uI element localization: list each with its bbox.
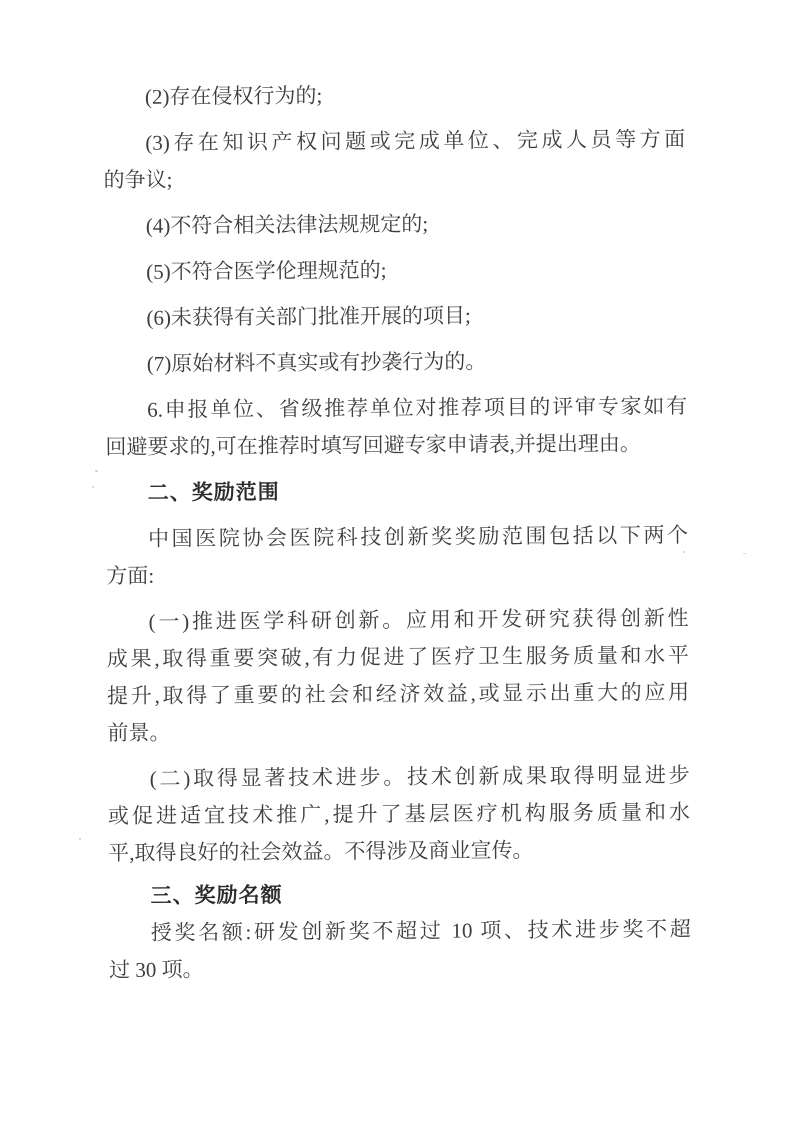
text-line: (3)存在知识产权问题或完成单位、完成人员等方面 <box>103 121 685 162</box>
text-line: (5)不符合医学伦理规范的; <box>104 250 686 291</box>
paragraph-clause-6: 6.申报单位、省级推荐单位对推荐项目的评审专家如有 回避要求的,可在推荐时填写回… <box>105 388 688 466</box>
text-line: 中国医院协会医院科技创新奖奖励范围包括以下两个 <box>106 517 688 558</box>
text-line: 前景。 <box>107 711 689 752</box>
paragraph-scope-1: (一)推进医学科研创新。应用和开发研究获得创新性 成果,取得重要突破,有力促进了… <box>106 600 689 752</box>
text-line: (7)原始材料不真实或有抄袭行为的。 <box>105 342 687 383</box>
text-line: 的争议; <box>103 158 685 199</box>
text-line: (6)未获得有关部门批准开展的项目; <box>104 296 686 337</box>
paragraph-item-2: (2)存在侵权行为的; <box>103 75 685 116</box>
scan-speck <box>743 553 746 554</box>
paragraph-scope-2: (二)取得显著技术进步。技术创新成果取得明显进步 或促进适宜技术推广,提升了基层… <box>108 757 691 872</box>
document-page: (2)存在侵权行为的; (3)存在知识产权问题或完成单位、完成人员等方面 的争议… <box>0 0 794 1123</box>
text-line: 授奖名额:研发创新奖不超过 10 项、技术进步奖不超 <box>109 911 691 952</box>
text-line: 过 30 项。 <box>109 948 691 989</box>
document-body: (2)存在侵权行为的; (3)存在知识产权问题或完成单位、完成人员等方面 的争议… <box>103 75 691 989</box>
text-line: (2)存在侵权行为的; <box>103 75 685 116</box>
paragraph-item-5: (5)不符合医学伦理规范的; <box>104 250 686 291</box>
paragraph-scope-intro: 中国医院协会医院科技创新奖奖励范围包括以下两个 方面: <box>106 517 689 595</box>
text-line: 成果,取得重要突破,有力促进了医疗卫生服务质量和水平 <box>107 637 689 678</box>
paragraph-item-7: (7)原始材料不真实或有抄袭行为的。 <box>105 342 687 383</box>
paragraph-item-3: (3)存在知识产权问题或完成单位、完成人员等方面 的争议; <box>103 121 686 199</box>
scan-speck <box>95 470 98 472</box>
scan-speck <box>92 486 94 488</box>
paragraph-item-6: (6)未获得有关部门批准开展的项目; <box>104 296 686 337</box>
text-line: 方面: <box>106 554 688 595</box>
section-heading-award-quota: 三、奖励名额 <box>108 874 690 915</box>
text-line: 6.申报单位、省级推荐单位对推荐项目的评审专家如有 <box>105 388 687 429</box>
text-line: (二)取得显著技术进步。技术创新成果取得明显进步 <box>108 757 690 798</box>
heading-text: 三、奖励名额 <box>108 874 690 915</box>
text-line: 回避要求的,可在推荐时填写回避专家申请表,并提出理由。 <box>105 425 687 466</box>
text-line: 平,取得良好的社会效益。不得涉及商业宣传。 <box>108 831 690 872</box>
paragraph-item-4: (4)不符合相关法律法规规定的; <box>104 204 686 245</box>
text-line: (一)推进医学科研创新。应用和开发研究获得创新性 <box>106 600 688 641</box>
scan-speck <box>79 838 81 840</box>
text-line: 提升,取得了重要的社会和经济效益,或显示出重大的应用 <box>107 674 689 715</box>
text-line: (4)不符合相关法律法规规定的; <box>104 204 686 245</box>
paragraph-quota: 授奖名额:研发创新奖不超过 10 项、技术进步奖不超 过 30 项。 <box>109 911 692 989</box>
section-heading-award-scope: 二、奖励范围 <box>106 471 688 512</box>
text-line: 或促进适宜技术推广,提升了基层医疗机构服务质量和水 <box>108 794 690 835</box>
heading-text: 二、奖励范围 <box>106 471 688 512</box>
